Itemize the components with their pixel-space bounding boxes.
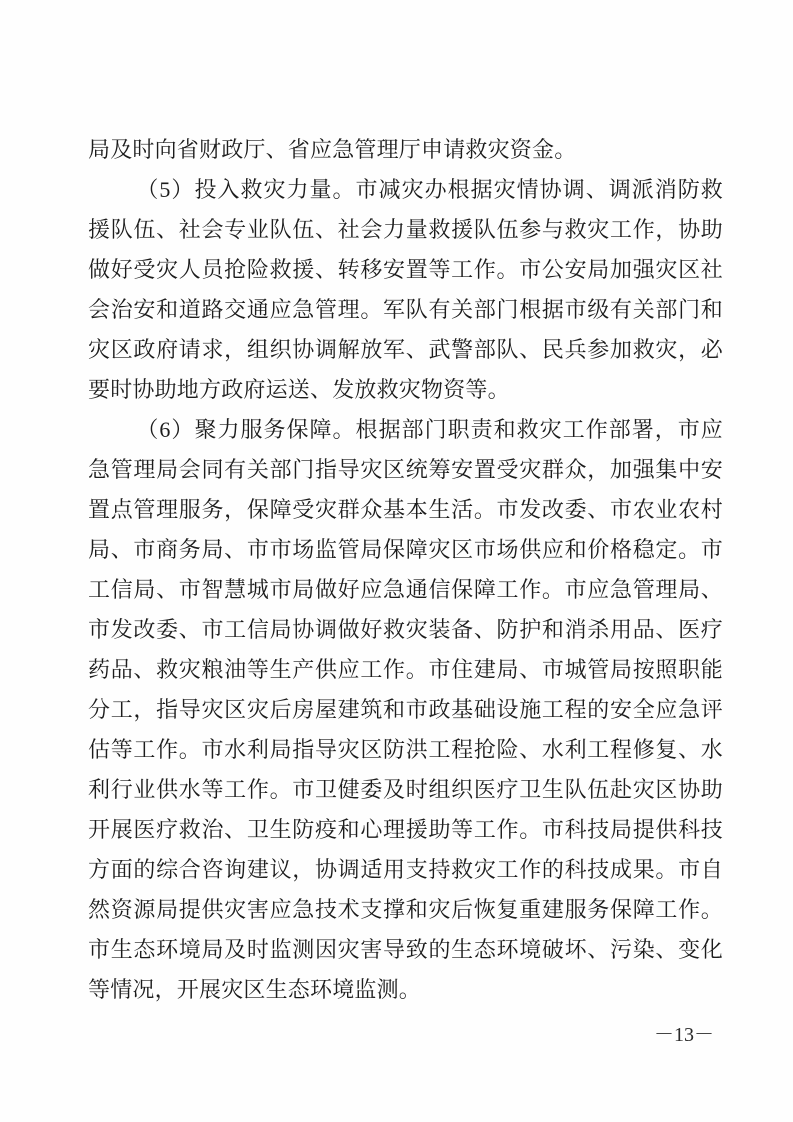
body-paragraph-item-6: （6）聚力服务保障。根据部门职责和救灾工作部署，市应急管理局会同有关部门指导灾区… [88,410,723,1010]
body-paragraph-continuation: 局及时向省财政厅、省应急管理厅申请救灾资金。 [88,130,723,170]
document-page: 局及时向省财政厅、省应急管理厅申请救灾资金。 （5）投入救灾力量。市减灾办根据灾… [0,0,793,1122]
page-number: －13－ [654,1022,714,1048]
body-paragraph-item-5: （5）投入救灾力量。市减灾办根据灾情协调、调派消防救援队伍、社会专业队伍、社会力… [88,170,723,410]
document-body: 局及时向省财政厅、省应急管理厅申请救灾资金。 （5）投入救灾力量。市减灾办根据灾… [88,130,723,1010]
